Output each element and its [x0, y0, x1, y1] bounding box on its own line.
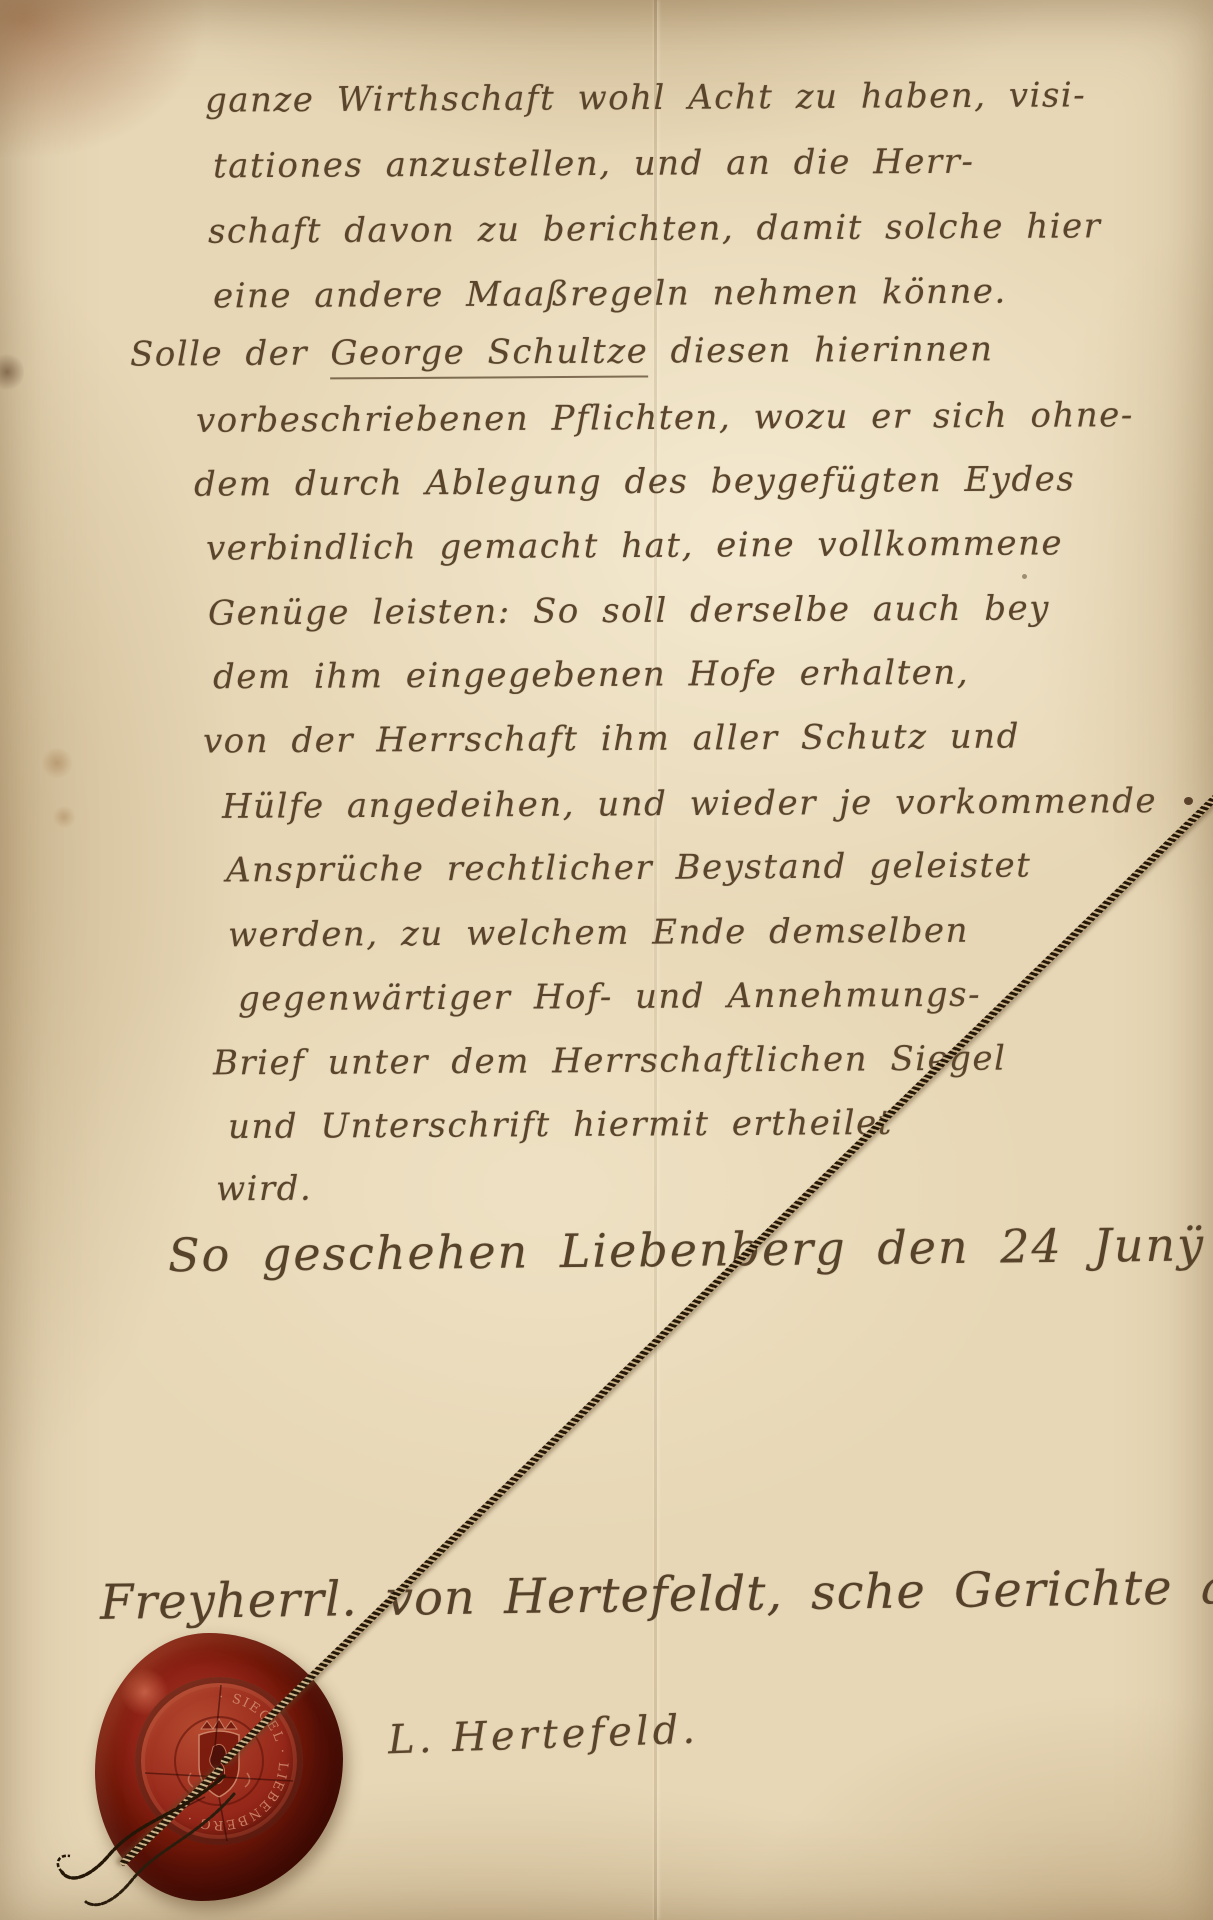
- manuscript-line: gegenwärtiger Hof- und Annehmungs-: [238, 975, 981, 1020]
- manuscript-line: vorbeschriebenen Pflichten, wozu er sich…: [196, 395, 1134, 441]
- paper-stain: [52, 806, 76, 828]
- manuscript-line: dem durch Ablegung des beygefügten Eydes: [194, 459, 1075, 504]
- manuscript-line: von der Herrschaft ihm aller Schutz und: [203, 717, 1020, 762]
- manuscript-line: dem ihm eingegebenen Hofe erhalten,: [213, 653, 969, 698]
- manuscript-line: wird.: [216, 1169, 313, 1210]
- manuscript-line: verbindlich gemacht hat, eine vollkommen…: [206, 523, 1063, 568]
- manuscript-line: Hülfe angedeihen, und wieder je vorkomme…: [222, 781, 1157, 827]
- ink-speck: [1184, 797, 1193, 805]
- person-name-underlined: George Schultze: [330, 331, 648, 379]
- paper-stain: [0, 352, 24, 392]
- dateline: So geschehen Liebenberg den 24 Junÿ 1772: [168, 1216, 1213, 1282]
- loose-thread-ends: [28, 1768, 348, 1920]
- manuscript-page: ganze Wirthschaft wohl Acht zu haben, vi…: [0, 0, 1213, 1920]
- manuscript-line: schaft davon zu berichten, damit solche …: [208, 206, 1102, 251]
- manuscript-line: tationes anzustellen, und an die Herr-: [213, 142, 975, 187]
- manuscript-line: Ansprüche rechtlicher Beystand geleistet: [226, 846, 1032, 891]
- manuscript-line: Brief unter dem Herrschaftlichen Siegel: [213, 1039, 1007, 1084]
- manuscript-line-name: Solle der George Schultze diesen hierinn…: [130, 329, 994, 374]
- paper-stain: [40, 748, 74, 778]
- manuscript-line: und Unterschrift hiermit ertheilet: [228, 1103, 893, 1147]
- name-line-suffix: diesen hierinnen: [648, 329, 993, 371]
- closing-court-line: Freyherrl. von Hertefeldt, sche Gerichte…: [100, 1557, 1213, 1631]
- manuscript-line: ganze Wirthschaft wohl Acht zu haben, vi…: [205, 75, 1086, 120]
- ink-speck: [1022, 574, 1027, 579]
- name-line-prefix: Solle der: [130, 333, 331, 374]
- manuscript-line: Genüge leisten: So soll derselbe auch be…: [208, 588, 1050, 633]
- manuscript-line: eine andere Maaßregeln nehmen könne.: [213, 272, 1007, 317]
- signature: L. Hertefeld.: [387, 1707, 699, 1764]
- manuscript-line: werden, zu welchem Ende demselben: [228, 911, 969, 956]
